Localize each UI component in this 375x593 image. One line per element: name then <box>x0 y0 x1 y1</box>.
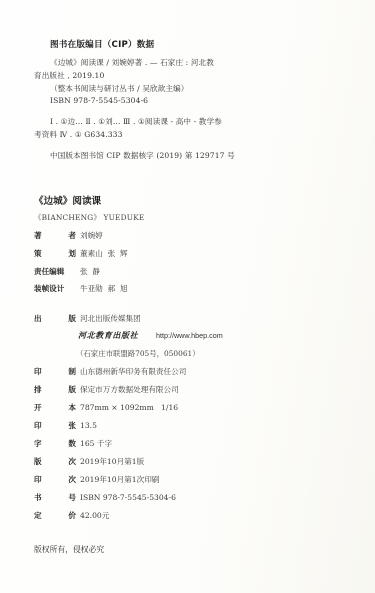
copyright-page: 图书在版编目（CIP）数据 《边城》阅读课 / 刘婉婷著 . — 石家庄 : 河… <box>0 0 375 593</box>
label-char: 版 <box>68 313 76 324</box>
detail-label: 印 制 <box>34 366 76 377</box>
label-char: 开 <box>34 402 42 413</box>
label-char: 数 <box>68 438 76 449</box>
credit-label: 装帧设计 <box>34 283 76 294</box>
label-char: 印 <box>34 366 42 377</box>
label-char: 定 <box>34 510 42 521</box>
detail-value: 13.5 <box>80 421 97 430</box>
credit-value: 董素山 张 辉 <box>80 248 128 259</box>
label-char: 本 <box>68 402 76 413</box>
detail-label: 印 张 <box>34 420 76 431</box>
detail-label: 定 价 <box>34 510 76 521</box>
publisher-label: 出 版 <box>34 313 76 324</box>
detail-value: 2019年10月第1次印刷 <box>80 474 159 485</box>
detail-value: 165 千字 <box>80 438 112 449</box>
label-char: 印 <box>34 420 42 431</box>
credit-label: 策 划 <box>34 248 76 259</box>
label-char: 划 <box>68 248 76 259</box>
detail-value: 保定市万方数据处理有限公司 <box>80 384 179 395</box>
label-char: 策 <box>34 248 42 259</box>
credit-author: 著 者 刘婉婷 <box>34 230 103 241</box>
credit-editor: 责任编辑 张 静 <box>34 266 100 277</box>
cip-heading: 图书在版编目（CIP）数据 <box>50 38 154 50</box>
publisher-address: （石家庄市联盟路705号，050061） <box>76 348 200 359</box>
label-char: 字 <box>34 438 42 449</box>
label-char: 著 <box>34 230 42 241</box>
cip-line: 育出版社 , 2019.10 <box>34 70 104 81</box>
label-char: 版 <box>68 384 76 395</box>
detail-sheets: 印 张 13.5 <box>34 420 97 431</box>
copyright-notice: 版权所有，侵权必究 <box>34 544 104 555</box>
label-char: 次 <box>68 474 76 485</box>
detail-isbn: 书 号 ISBN 978-7-5545-5304-6 <box>34 492 176 503</box>
label-char: 张 <box>68 420 76 431</box>
book-title: 《边城》阅读课 <box>34 193 101 207</box>
credit-planner: 策 划 董素山 张 辉 <box>34 248 128 259</box>
detail-value: ISBN 978-7-5545-5304-6 <box>80 493 176 502</box>
label-char: 书 <box>34 492 42 503</box>
detail-typesetting: 排 版 保定市万方数据处理有限公司 <box>34 384 179 395</box>
publisher-logo: 河北教育出版社 <box>78 330 138 341</box>
cip-classification: Ⅰ . ①边… Ⅱ . ①刘… Ⅲ . ①阅读课 - 高中 - 教学参 <box>50 116 222 127</box>
credit-label: 著 者 <box>34 230 76 241</box>
detail-label: 书 号 <box>34 492 76 503</box>
detail-value: 2019年10月第1版 <box>80 456 144 467</box>
label-char: 排 <box>34 384 42 395</box>
credit-value: 张 静 <box>80 266 100 277</box>
label-char: 号 <box>68 492 76 503</box>
book-title-pinyin: 《BIANCHENG》 YUEDUKE <box>34 212 145 223</box>
detail-label: 版 次 <box>34 456 76 467</box>
detail-label: 排 版 <box>34 384 76 395</box>
detail-printing: 印 次 2019年10月第1次印刷 <box>34 474 159 485</box>
credit-value: 刘婉婷 <box>80 230 103 241</box>
label-char: 者 <box>68 230 76 241</box>
label-char: 次 <box>68 456 76 467</box>
cip-isbn: ISBN 978-7-5545-5304-6 <box>50 96 148 105</box>
detail-word-count: 字 数 165 千字 <box>34 438 112 449</box>
detail-value: 42.00元 <box>80 510 109 521</box>
detail-value: 山东德州新华印务有限责任公司 <box>80 366 186 377</box>
cip-record-number: 中国版本图书馆 CIP 数据核字 (2019) 第 129717 号 <box>50 150 235 161</box>
label-char: 印 <box>34 474 42 485</box>
detail-value: 787mm × 1092mm 1/16 <box>80 403 178 412</box>
detail-label: 印 次 <box>34 474 76 485</box>
credit-label: 责任编辑 <box>34 266 76 277</box>
publisher-url: http://www.hbep.com <box>156 331 223 340</box>
cip-line: 《边城》阅读课 / 刘婉婷著 . — 石家庄 : 河北教 <box>50 57 214 68</box>
label-char: 制 <box>68 366 76 377</box>
detail-edition: 版 次 2019年10月第1版 <box>34 456 144 467</box>
detail-label: 开 本 <box>34 402 76 413</box>
label-char: 版 <box>34 456 42 467</box>
cip-line: （整本书阅读与研讨丛书 / 吴欣歆主编） <box>50 83 188 94</box>
credit-designer: 装帧设计 牛亚勋 郝 旭 <box>34 283 128 294</box>
cip-classification: 考资料 Ⅳ . ① G634.333 <box>34 129 123 140</box>
detail-label: 字 数 <box>34 438 76 449</box>
publisher-row: 出 版 河北出版传媒集团 <box>34 313 141 324</box>
label-char: 出 <box>34 313 42 324</box>
publisher-group: 河北出版传媒集团 <box>80 313 141 324</box>
detail-price: 定 价 42.00元 <box>34 510 109 521</box>
detail-printer: 印 制 山东德州新华印务有限责任公司 <box>34 366 186 377</box>
label-char: 价 <box>68 510 76 521</box>
credit-value: 牛亚勋 郝 旭 <box>80 283 128 294</box>
detail-format: 开 本 787mm × 1092mm 1/16 <box>34 402 178 413</box>
